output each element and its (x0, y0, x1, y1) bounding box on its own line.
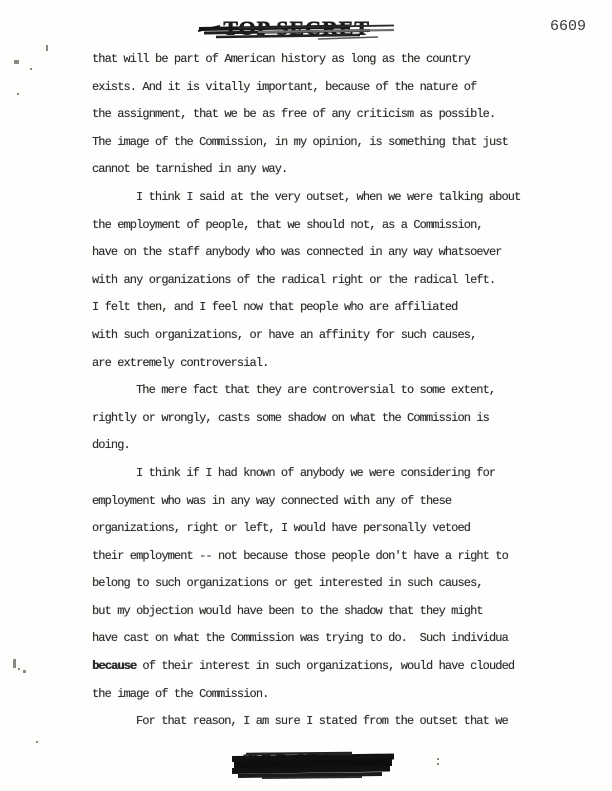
text-line: The mere fact that they are controversia… (92, 377, 592, 405)
text-line: The image of the Commission, in my opini… (92, 129, 592, 157)
scan-speck (437, 758, 439, 760)
page-number: 6609 (550, 18, 586, 35)
document-text: that will be part of American history as… (92, 46, 592, 736)
text-line: belong to such organizations or get inte… (92, 570, 592, 598)
scan-speck (17, 93, 19, 95)
text-line: the employment of people, that we should… (92, 212, 592, 240)
text-line: cannot be tarnished in any way. (92, 156, 592, 184)
scan-speck (46, 45, 48, 51)
text-line: For that reason, I am sure I stated from… (92, 708, 592, 736)
scan-speck (14, 60, 19, 64)
text-line: have on the staff anybody who was connec… (92, 239, 592, 267)
top-secret-stamp-top: TOP SECRET (198, 16, 394, 44)
text-line: organizations, right or left, I would ha… (92, 515, 592, 543)
scan-speck (437, 763, 439, 765)
text-line: with such organizations, or have an affi… (92, 322, 592, 350)
text-line: with any organizations of the radical ri… (92, 267, 592, 295)
text-line: the image of the Commission. (92, 681, 592, 709)
scan-speck (23, 670, 26, 673)
bold-text-segment: because (92, 659, 136, 673)
text-line: exists. And it is vitally important, bec… (92, 74, 592, 102)
text-line: employment who was in any way connected … (92, 488, 592, 516)
text-line: I think I said at the very outset, when … (92, 184, 592, 212)
text-line: doing. (92, 432, 592, 460)
scan-speck (36, 741, 38, 743)
text-line: are extremely controversial. (92, 350, 592, 378)
text-line: their employment -- not because those pe… (92, 543, 592, 571)
text-line: because of their interest in such organi… (92, 653, 592, 681)
top-secret-stamp-bottom: TOP SECRET (232, 750, 394, 780)
scan-speck (13, 659, 16, 668)
top-secret-stamp-top-label: TOP SECRET (223, 17, 370, 41)
scanned-document-page: TOP SECRET 6609 that will be part of Ame… (0, 0, 612, 791)
text-line: have cast on what the Commission was try… (92, 625, 592, 653)
text-line: but my objection would have been to the … (92, 598, 592, 626)
top-secret-stamp-bottom-label: TOP SECRET (243, 750, 383, 772)
text-line: rightly or wrongly, casts some shadow on… (92, 405, 592, 433)
text-line: I felt then, and I feel now that people … (92, 294, 592, 322)
text-line: I think if I had known of anybody we wer… (92, 460, 592, 488)
scan-speck (18, 668, 20, 670)
scan-speck (30, 68, 32, 70)
text-line: that will be part of American history as… (92, 46, 592, 74)
text-line: the assignment, that we be as free of an… (92, 101, 592, 129)
